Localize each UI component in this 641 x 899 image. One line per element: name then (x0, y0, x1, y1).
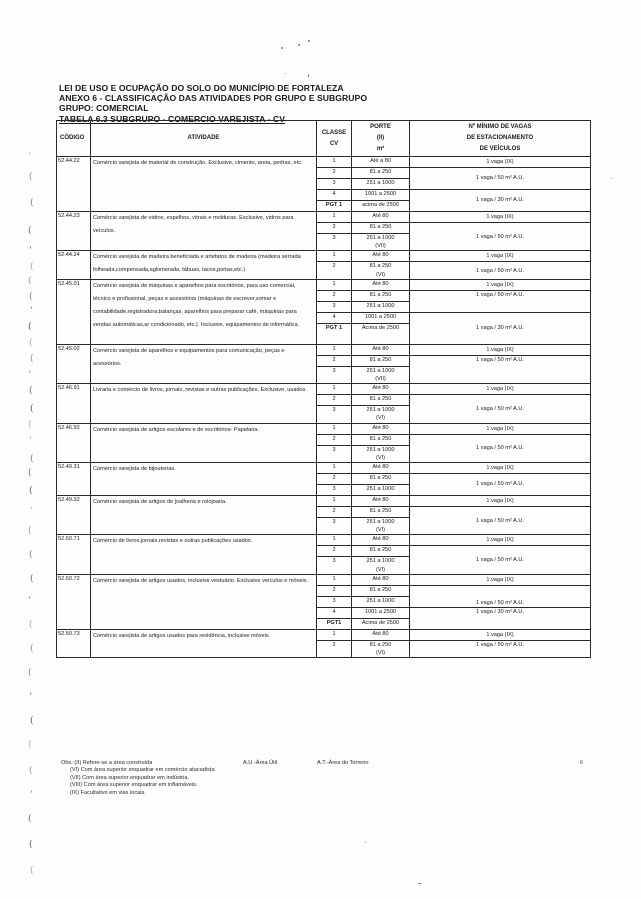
size-range: 251 a 1000(VI) (352, 406, 410, 423)
scan-speck (611, 178, 612, 179)
table-row: 52.46.92Comércio varejista de artigos es… (57, 423, 591, 434)
parking-requirement: 1 vaga (IX) (410, 344, 591, 355)
parking-requirement: 1 vaga / 50 m² A.U. (410, 395, 591, 423)
activity-description: Livraria e comércio de livros, jornais, … (91, 384, 317, 423)
class-value: 3 (317, 234, 352, 251)
scan-speck (308, 40, 310, 42)
class-value: 1 (317, 212, 352, 223)
binder-hole-mark: ʻ (29, 246, 32, 256)
binder-hole-mark: ( (28, 226, 32, 236)
class-value: 3 (317, 557, 352, 574)
class-value: PGT1 (317, 618, 352, 629)
activity-code: 52.46.91 (57, 384, 91, 423)
class-value: 3 (317, 179, 352, 190)
size-range-note: (VI) (354, 454, 407, 462)
parking-requirement: 1 vaga (IX) (410, 629, 591, 640)
size-range: 251 a 1000(VI) (352, 445, 410, 462)
activity-code: 52.50.72 (57, 574, 91, 629)
class-value: 2 (317, 168, 352, 179)
class-value: 1 (317, 251, 352, 262)
size-range: 81 a 250 (352, 507, 410, 518)
footnote-vi: (VI) Com área superior enquadrar em comé… (61, 767, 215, 774)
binder-hole-mark: ( (28, 420, 32, 430)
size-range: 251 a 1000(VI) (352, 557, 410, 574)
parking-requirement: 1 vaga (IX) (410, 251, 591, 262)
size-range-value: Até 80 (354, 251, 407, 259)
size-range-value: 1001 a 2500 (354, 313, 407, 321)
size-range-value: Até a 80 (354, 157, 407, 165)
size-range: 1001 a 2500 (352, 190, 410, 201)
size-range-value: Até 80 (354, 424, 407, 432)
size-range: Até 80 (352, 423, 410, 434)
size-range-value: Até 80 (354, 630, 407, 638)
size-range-value: 81 a 250 (354, 168, 407, 176)
binder-hole-mark: ( (30, 644, 34, 654)
class-value: 2 (317, 474, 352, 485)
header-porte-line1: PORTE (354, 122, 407, 133)
activity-description: Comércio varejista de madeira beneficiad… (91, 251, 317, 279)
size-range-value: 81 a 250 (354, 474, 407, 482)
class-value: 3 (317, 485, 352, 496)
class-value: 2 (317, 355, 352, 366)
activity-code: 52.44.23 (57, 212, 91, 251)
class-value: 1 (317, 279, 352, 290)
table-row: 52.44.24Comércio varejista de madeira be… (57, 251, 591, 262)
table-row: 52.50.72Comércio varejista de artigos us… (57, 574, 591, 585)
binder-hole-mark: ( (28, 468, 32, 478)
class-value: 3 (317, 366, 352, 383)
size-range-note: (VI) (354, 649, 407, 657)
size-range: Até 80 (352, 251, 410, 262)
parking-requirement: 1 vaga (IX) (410, 384, 591, 395)
size-range-note: (VI) (354, 526, 407, 534)
binder-hole-mark: ( (30, 454, 34, 464)
table-row: 52.44.23Comércio varejista de vidros, es… (57, 212, 591, 223)
parking-requirement: 1 vaga / 50 m² A.U. (410, 434, 591, 462)
activity-code: 52.50.73 (57, 629, 91, 657)
size-range-value: Até 80 (354, 535, 407, 543)
binder-hole-mark: ʻ (28, 152, 31, 162)
size-range: 81 a 250 (352, 168, 410, 179)
size-range-value: 81 a 250 (354, 262, 407, 270)
binder-hole-mark: ( (29, 486, 33, 496)
class-value: PGT 1 (317, 201, 352, 212)
activity-code: 52.49.32 (57, 496, 91, 535)
size-range: 81 a 250 (352, 546, 410, 557)
class-value: 2 (317, 223, 352, 234)
parking-requirement: 1 vaga / 50 m² A.U. (410, 223, 591, 251)
size-range-value: 81 a 250 (354, 291, 407, 299)
table-row: 52.49.32Comércio varejista de artigos de… (57, 496, 591, 507)
size-range-note: (VII) (354, 375, 407, 383)
activity-description: Comércio varejista de artigos de joalher… (91, 496, 317, 535)
footnotes: Obs.:(II) Refere-se a área construída (V… (61, 760, 215, 797)
size-range: 81 a 250 (352, 290, 410, 301)
parking-requirement: 1 vaga / 50 m² A.U. (410, 355, 591, 383)
size-range: Até 80 (352, 344, 410, 355)
size-range-value: 251 a 1000 (354, 446, 407, 454)
size-range-value: 81 a 250 (354, 546, 407, 554)
footnote-area-terreno: A.T.-Área do Terreno (317, 760, 369, 766)
activity-code: 52.49.31 (57, 463, 91, 496)
size-range: 251 a 1000 (352, 596, 410, 607)
binder-hole-mark: ( (30, 262, 34, 272)
binder-hole-mark: ( (29, 620, 33, 630)
class-value: 3 (317, 445, 352, 462)
size-range-value: Até 80 (354, 345, 407, 353)
scan-speck (365, 842, 366, 843)
activity-classification-table: CÓDIGO ATIVIDADE CLASSE CV PORTE (II) m²… (56, 120, 591, 658)
size-range-value: 81 a 250 (354, 507, 407, 515)
class-value: 1 (317, 629, 352, 640)
binder-hole-mark: ( (28, 740, 32, 750)
scan-speck (281, 47, 283, 49)
activity-description: Comércio varejista de artigos escolares … (91, 423, 317, 462)
size-range-value: 1001 a 2500 (354, 190, 407, 198)
size-range-value: Até 80 (354, 575, 407, 583)
size-range-value: 81 a 250 (354, 395, 407, 403)
binder-hole-mark: ʻ (30, 506, 33, 516)
scan-speck (298, 44, 300, 46)
parking-requirement: 1 vaga (IX) (410, 212, 591, 223)
binder-hole-mark: ( (28, 322, 32, 332)
binder-hole-mark: ( (29, 766, 33, 776)
size-range: 251 a 1000 (352, 301, 410, 312)
header-vagas-line2: DE ESTACIONAMENTO (412, 133, 588, 144)
parking-requirement: 1 vaga (IX) (410, 423, 591, 434)
size-range-value: 251 a 1000 (354, 406, 407, 414)
binder-hole-mark: ʻ (29, 692, 32, 702)
activity-description: Comércio varejista de artigos usados par… (91, 629, 317, 657)
size-range: 81 a 250(VI) (352, 262, 410, 279)
header-porte-line3: m² (354, 144, 407, 155)
activity-code: 52.45.02 (57, 344, 91, 383)
header-codigo: CÓDIGO (57, 121, 91, 157)
binder-hole-mark: ( (29, 172, 33, 182)
page-number: 6 (580, 760, 583, 766)
activity-code: 52.44.22 (57, 157, 91, 212)
size-range-note: (VI) (354, 414, 407, 422)
size-range: acima de 2500 (352, 201, 410, 212)
binder-hole-mark: ( (28, 526, 32, 536)
scan-speck (418, 883, 421, 884)
class-value: 1 (317, 463, 352, 474)
table-header-row: CÓDIGO ATIVIDADE CLASSE CV PORTE (II) m²… (57, 121, 591, 157)
class-value: PGT 1 (317, 323, 352, 344)
size-range-note: (VI) (354, 271, 407, 279)
binder-hole-mark: ( (29, 550, 33, 560)
binder-hole-mark: ( (30, 716, 34, 726)
size-range: Até 80 (352, 535, 410, 546)
size-range: 251 a 1000(VII) (352, 234, 410, 251)
footnote-vii: (VII) Com área superior enquadrar em ind… (61, 775, 215, 782)
size-range: 1001 a 2500 (352, 607, 410, 618)
scan-speck (285, 73, 286, 74)
binder-hole-mark: ( (30, 866, 34, 876)
parking-requirement: 1 vaga (IX) (410, 157, 591, 168)
binder-hole-mark: ʻ (30, 306, 33, 316)
class-value: 3 (317, 596, 352, 607)
size-range: Até 80 (352, 496, 410, 507)
class-value: 4 (317, 607, 352, 618)
parking-requirement: 1 vaga / 50 m² A.U. (410, 585, 591, 607)
parking-requirement: 1 vaga / 50 m² A.U. (410, 546, 591, 574)
binder-hole-mark: ( (30, 404, 34, 414)
header-vagas: Nº MÍNIMO DE VAGAS DE ESTACIONAMENTO DE … (410, 121, 591, 157)
size-range-value: 81 a 250 (354, 586, 407, 594)
size-range: 81 a 250 (352, 395, 410, 406)
class-value: 2 (317, 262, 352, 279)
size-range: 81 a 250(VI) (352, 640, 410, 657)
activity-description: Comércio varejista de bijouterias. (91, 463, 317, 496)
size-range-value: 251 a 1000 (354, 597, 407, 605)
table-row: 52.46.91Livraria e comércio de livros, j… (57, 384, 591, 395)
size-range: Até a 80 (352, 157, 410, 168)
table-row: 52.50.71Comércio de livros,jornais,revis… (57, 535, 591, 546)
header-vagas-line1: Nº MÍNIMO DE VAGAS (412, 122, 588, 133)
activity-code: 52.45.01 (57, 279, 91, 344)
binder-hole-mark: ( (28, 276, 32, 286)
table-row: 52.45.02Comércio varejista de aparelhos … (57, 344, 591, 355)
size-range: 81 a 250 (352, 585, 410, 596)
class-value: 2 (317, 290, 352, 301)
class-value: 4 (317, 190, 352, 201)
class-value: 2 (317, 585, 352, 596)
class-value: 3 (317, 518, 352, 535)
class-value: 2 (317, 640, 352, 657)
header-classe-line1: CLASSE (319, 128, 349, 139)
parking-requirement: 1 vaga / 50 m² A.U. (410, 262, 591, 279)
size-range: Acima de 2500 (352, 323, 410, 344)
activity-description: Comércio varejista de material de constr… (91, 157, 317, 212)
size-range-value: 81 a 250 (354, 356, 407, 364)
size-range: 81 a 250 (352, 474, 410, 485)
class-value: 4 (317, 312, 352, 323)
size-range: 1001 a 2500 (352, 312, 410, 323)
class-value: 1 (317, 423, 352, 434)
size-range: 251 a 1000(VII) (352, 366, 410, 383)
size-range: 81 a 250 (352, 223, 410, 234)
binder-hole-mark: ʻ (28, 596, 31, 606)
table-row: 52.50.73Comércio varejista de artigos us… (57, 629, 591, 640)
class-value: 2 (317, 434, 352, 445)
class-value: 3 (317, 406, 352, 423)
activity-code: 52.44.24 (57, 251, 91, 279)
size-range-value: 251 a 1000 (354, 485, 407, 493)
header-classe-line2: CV (319, 139, 349, 150)
size-range-note: (VI) (354, 566, 407, 574)
footnote-ix: (IX) Facultativo em vias locais. (61, 790, 215, 797)
size-range-value: 251 a 1000 (354, 302, 407, 310)
header-atividade: ATIVIDADE (91, 121, 317, 157)
footnote-obs: Obs.:(II) Refere-se a área construída (61, 760, 215, 767)
header-vagas-line3: DE VEÍCULOS (412, 144, 588, 155)
law-title: LEI DE USO E OCUPAÇÃO DO SOLO DO MUNICÍP… (59, 83, 367, 93)
size-range-value: acima de 2500 (354, 201, 407, 209)
parking-requirement: 1 vaga / 50 m² A.U. (410, 474, 591, 496)
binder-hole-mark: ( (29, 840, 33, 850)
size-range-value: Até 80 (354, 280, 407, 288)
activity-description: Comércio de livros,jornais,revistas e ou… (91, 535, 317, 574)
activity-description: Comércio varejista de artigos usados, in… (91, 574, 317, 629)
size-range: Acima de 2500 (352, 618, 410, 629)
size-range-note: (VII) (354, 242, 407, 250)
activity-description: Comércio varejista de aparelhos e equipa… (91, 344, 317, 383)
size-range: Até 80 (352, 384, 410, 395)
size-range: Até 80 (352, 212, 410, 223)
size-range-value: 251 a 1000 (354, 179, 407, 187)
class-value: 1 (317, 157, 352, 168)
parking-requirement: 1 vaga / 30 m² A.U. (410, 607, 591, 629)
activity-description: Comércio varejista de vidros, espelhos, … (91, 212, 317, 251)
class-value: 1 (317, 496, 352, 507)
class-value: 2 (317, 546, 352, 557)
size-range: 251 a 1000(VI) (352, 518, 410, 535)
size-range-value: 81 a 250 (354, 223, 407, 231)
table-row: 52.45.01Comércio varejista de máquinas e… (57, 279, 591, 290)
parking-requirement: 1 vaga (IX) (410, 535, 591, 546)
parking-requirement: 1 vaga (IX) (410, 463, 591, 474)
size-range: 81 a 250 (352, 355, 410, 366)
class-value: 1 (317, 384, 352, 395)
activity-code: 52.50.71 (57, 535, 91, 574)
parking-requirement: 1 vaga / 50 m² A.U. (410, 507, 591, 535)
binder-hole-mark: ( (29, 292, 33, 302)
size-range: Até 80 (352, 629, 410, 640)
parking-requirement: 1 vaga / 30 m² A.U. (410, 312, 591, 344)
scan-speck (308, 74, 309, 77)
size-range-value: 81 a 250 (354, 435, 407, 443)
binder-hole-mark: ( (30, 354, 34, 364)
class-value: 1 (317, 535, 352, 546)
parking-requirement: 1 vaga / 30 m² A.U. (410, 190, 591, 212)
size-range-value: Até 80 (354, 212, 407, 220)
parking-requirement: 1 vaga (IX) (410, 574, 591, 585)
table-row: 52.44.22Comércio varejista de material d… (57, 157, 591, 168)
binder-hole-mark: ʻ (29, 436, 32, 446)
size-range: Até 80 (352, 279, 410, 290)
binder-hole-mark: ʻ (30, 790, 33, 800)
binder-hole-mark: ( (30, 198, 34, 208)
class-value: 2 (317, 507, 352, 518)
parking-requirement: 1 vaga (IX) (410, 279, 591, 290)
size-range: 81 a 250 (352, 434, 410, 445)
document-header: LEI DE USO E OCUPAÇÃO DO SOLO DO MUNICÍP… (59, 83, 367, 124)
class-value: 1 (317, 344, 352, 355)
parking-requirement: 1 vaga / 50 m² A.U. (410, 290, 591, 312)
table-row: 52.49.31Comércio varejista de bijouteria… (57, 463, 591, 474)
binder-hole-mark: ( (30, 574, 34, 584)
class-value: 2 (317, 395, 352, 406)
parking-requirement: 1 vaga (IX) (410, 496, 591, 507)
scanned-document-page: LEI DE USO E OCUPAÇÃO DO SOLO DO MUNICÍP… (0, 0, 641, 899)
size-range-value: Até 80 (354, 384, 407, 392)
size-range-value: Acima de 2500 (354, 619, 407, 627)
size-range: Até 80 (352, 463, 410, 474)
header-porte: PORTE (II) m² (352, 121, 410, 157)
parking-requirement: 1 vaga / 50 m² A.U. (410, 640, 591, 657)
header-classe: CLASSE CV (317, 121, 352, 157)
footnote-area-util: A.U.-Área Útil (243, 760, 277, 766)
size-range-value: 251 a 1000 (354, 557, 407, 565)
header-porte-line2: (II) (354, 133, 407, 144)
class-value: 1 (317, 574, 352, 585)
size-range-value: Até 80 (354, 496, 407, 504)
activity-description: Comércio varejista de máquinas e aparelh… (91, 279, 317, 344)
activity-code: 52.46.92 (57, 423, 91, 462)
table-body: 52.44.22Comércio varejista de material d… (57, 157, 591, 658)
group-title: GRUPO: COMERCIAL (59, 103, 367, 113)
binder-hole-mark: ( (28, 814, 32, 824)
size-range-value: Até 80 (354, 463, 407, 471)
size-range-value: Acima de 2500 (354, 324, 407, 332)
parking-requirement: 1 vaga / 50 m² A.U. (410, 168, 591, 190)
size-range-value: 251 a 1000 (354, 518, 407, 526)
annex-title: ANEXO 6 - CLASSIFICAÇÃO DAS ATIVIDADES P… (59, 93, 367, 103)
footnote-viii: (VIII) Com área superior enquadrar em in… (61, 782, 215, 789)
size-range-value: 251 a 1000 (354, 367, 407, 375)
size-range: Até 80 (352, 574, 410, 585)
binder-hole-mark: ( (29, 386, 33, 396)
size-range: 251 a 1000 (352, 179, 410, 190)
size-range: 251 a 1000 (352, 485, 410, 496)
binder-hole-mark: ( (28, 668, 32, 678)
size-range-value: 251 a 1000 (354, 234, 407, 242)
binder-hole-mark: ( (29, 338, 33, 348)
class-value: 3 (317, 301, 352, 312)
size-range-value: 1001 a 2500 (354, 608, 407, 616)
size-range-value: 81 a 250 (354, 641, 407, 649)
binder-hole-mark: ʻ (28, 370, 31, 380)
